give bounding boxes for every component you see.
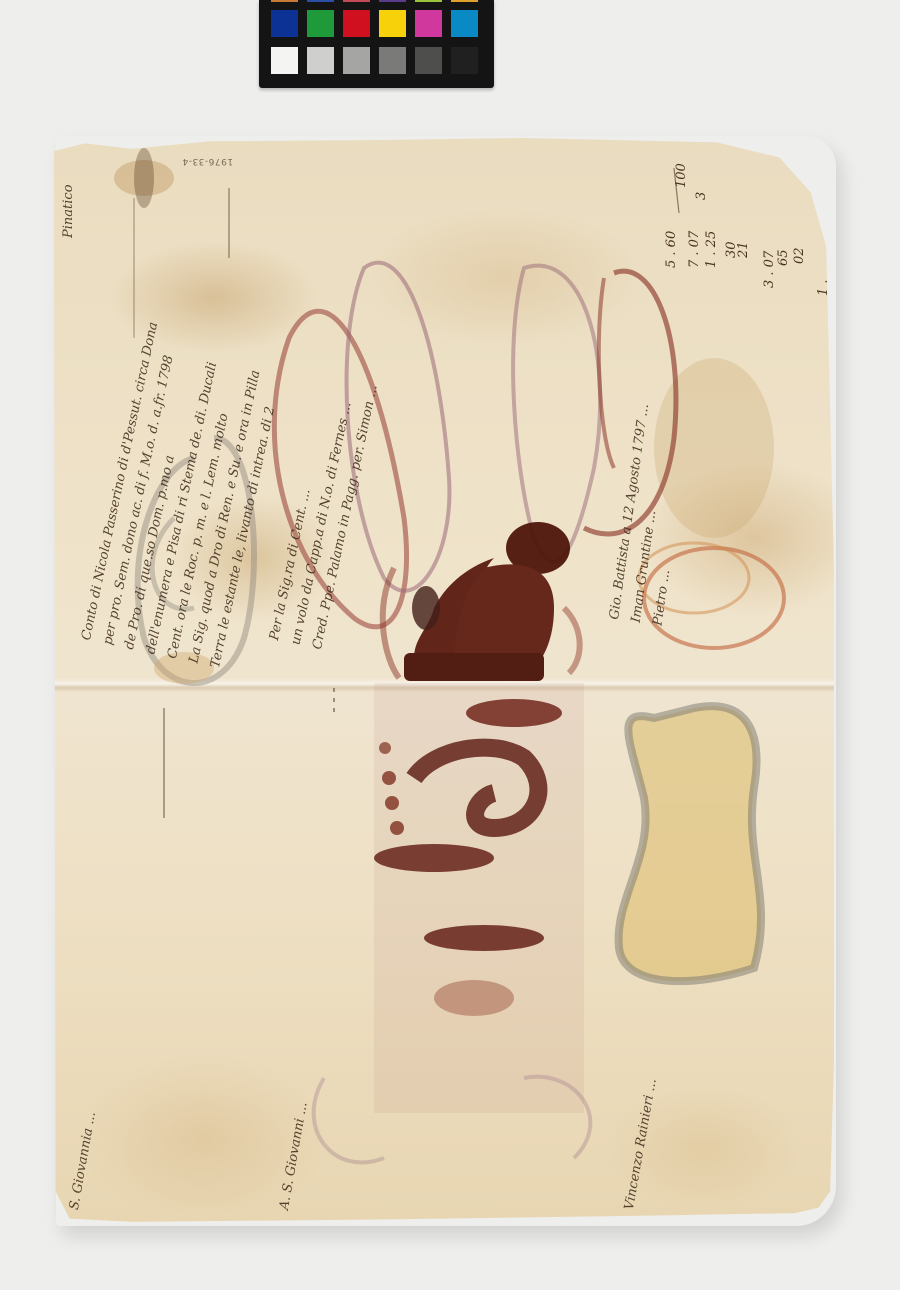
ledger-number: 100 xyxy=(674,163,689,188)
color-patch-green xyxy=(307,10,334,37)
color-checker-row-primaries xyxy=(271,10,478,37)
color-patch xyxy=(307,0,334,2)
corner-label: Pinatico xyxy=(58,184,80,238)
manuscript-sheet: 1976-33-4 Pinatico Conto di Nicola Passe… xyxy=(54,138,834,1224)
stains-layer xyxy=(54,138,834,1224)
color-patch-grey-1 xyxy=(307,47,334,74)
accession-number: 1976-33-4 xyxy=(182,156,233,166)
ledger-number: 1 . 25 xyxy=(704,231,719,268)
ledger-number: 02 xyxy=(792,247,807,264)
color-patch-yellow xyxy=(379,10,406,37)
ledger-number: 3 . 07 xyxy=(762,251,777,288)
color-patch-magenta xyxy=(415,10,442,37)
color-patch-grey-4 xyxy=(415,47,442,74)
ledger-number: 7 . 07 xyxy=(687,231,702,268)
color-patch xyxy=(271,0,298,2)
color-checker xyxy=(259,0,494,88)
ledger-number: 5 . 60 xyxy=(664,231,679,268)
color-patch-cyan xyxy=(451,10,478,37)
ink-blot-animal xyxy=(404,522,570,681)
color-patch-red xyxy=(343,10,370,37)
color-patch xyxy=(451,0,478,2)
color-patch-white xyxy=(271,47,298,74)
color-patch-grey-3 xyxy=(379,47,406,74)
color-patch-black xyxy=(451,47,478,74)
color-patch xyxy=(415,0,442,2)
ledger-number: 65 xyxy=(776,249,791,266)
color-patch-blue xyxy=(271,10,298,37)
color-patch xyxy=(343,0,370,2)
color-checker-row-top xyxy=(271,0,478,2)
color-patch xyxy=(379,0,406,2)
ledger-number: 21 xyxy=(736,241,751,258)
color-patch-grey-2 xyxy=(343,47,370,74)
ledger-number: 3 xyxy=(694,192,709,200)
color-checker-row-greys xyxy=(271,47,478,74)
